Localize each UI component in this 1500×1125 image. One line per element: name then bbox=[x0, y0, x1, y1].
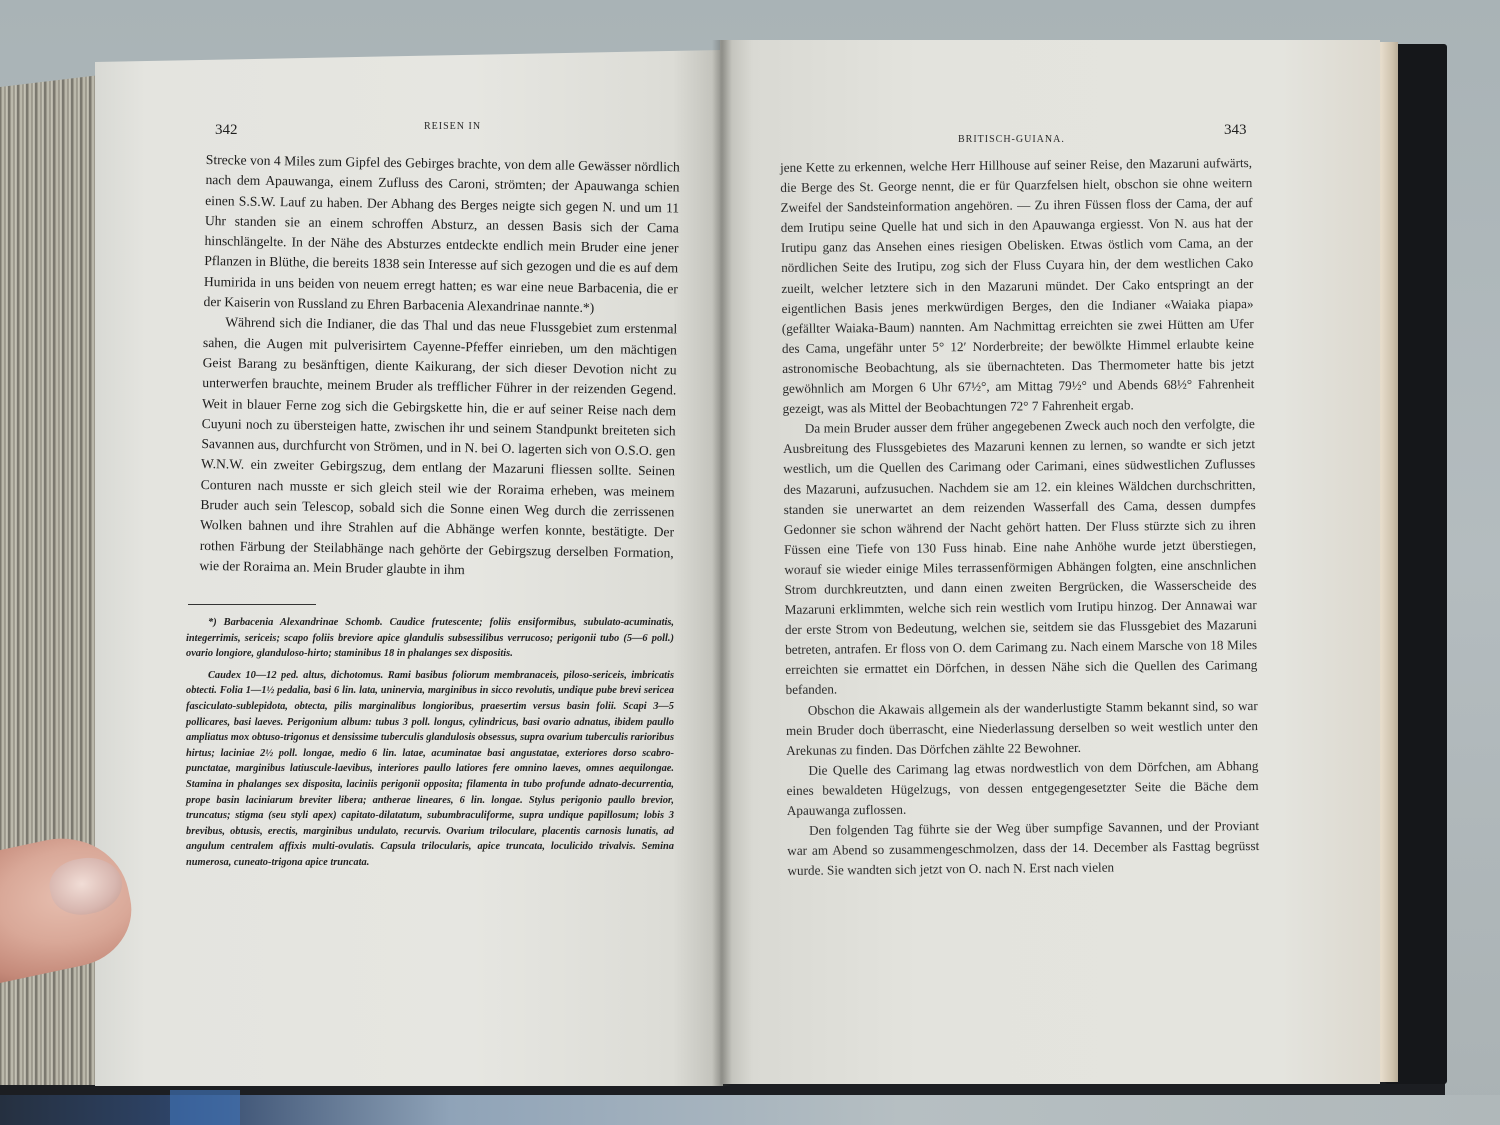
paragraph: Strecke von 4 Miles zum Gipfel des Gebir… bbox=[203, 150, 679, 320]
footnote-divider bbox=[188, 604, 316, 605]
right-page-number: 343 bbox=[1224, 122, 1247, 139]
paragraph: jene Kette zu erkennen, welche Herr Hill… bbox=[780, 153, 1255, 419]
paragraph: Während sich die Indianer, die das Thal … bbox=[199, 312, 677, 583]
right-body-text: jene Kette zu erkennen, welche Herr Hill… bbox=[780, 153, 1260, 881]
paragraph: Obschon die Akawais allgemein als der wa… bbox=[786, 696, 1259, 761]
footnote: Caudex 10—12 ped. altus, dichotomus. Ram… bbox=[186, 668, 674, 871]
paragraph: Da mein Bruder ausser dem früher angegeb… bbox=[783, 414, 1258, 700]
book-gutter bbox=[712, 40, 732, 1086]
left-footnotes: *) Barbacenia Alexandrinae Schomb. Caudi… bbox=[186, 615, 674, 877]
left-body-text: Strecke von 4 Miles zum Gipfel des Gebir… bbox=[199, 150, 680, 584]
left-page-number: 342 bbox=[215, 122, 238, 139]
blue-object bbox=[170, 1090, 240, 1125]
footnote: *) Barbacenia Alexandrinae Schomb. Caudi… bbox=[186, 615, 674, 662]
left-running-head: REISEN IN bbox=[424, 121, 481, 132]
paragraph: Den folgenden Tag führte sie der Weg übe… bbox=[787, 816, 1260, 881]
book-photo: 342 REISEN IN Strecke von 4 Miles zum Gi… bbox=[0, 0, 1500, 1125]
paragraph: Die Quelle des Carimang lag etwas nordwe… bbox=[786, 756, 1259, 821]
right-running-head: BRITISCH-GUIANA. bbox=[958, 134, 1065, 145]
